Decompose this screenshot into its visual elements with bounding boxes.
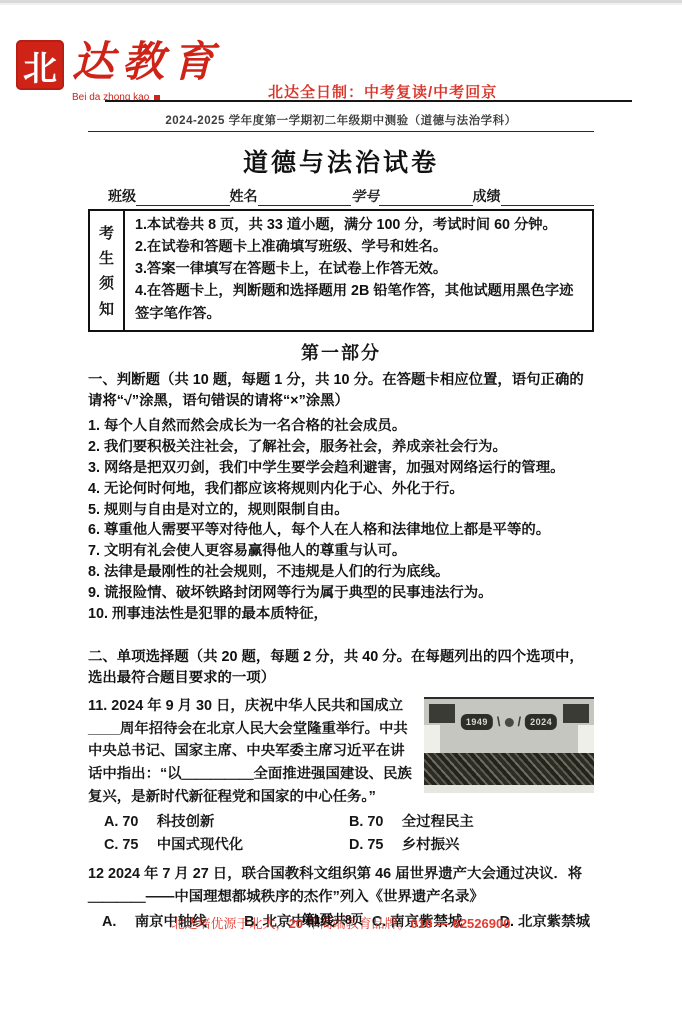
notice-char: 须 xyxy=(99,272,114,293)
seal-logo-icon: 北 xyxy=(16,40,64,90)
field-label-student-id: 学号 xyxy=(351,186,379,206)
photo-anniversary-years: 1949 \ / 2024 xyxy=(461,712,557,733)
notice-char: 生 xyxy=(99,247,114,268)
field-label-score: 成绩 xyxy=(473,186,501,206)
reception-photo: 1949 \ / 2024 xyxy=(424,697,594,793)
footer-dash: — xyxy=(432,916,452,931)
footer-years-bold: 20 xyxy=(289,916,303,931)
question-12-blank-line: ＿＿＿＿——中国理想都城秩序的杰作”列入《世界遗产名录》 xyxy=(88,886,594,909)
exam-paper-page: 北 达教育 Bei da zhong kao 北达全日制：中考复读/中考回京 2… xyxy=(0,0,682,1024)
page-title: 道德与法治试卷 xyxy=(88,143,594,179)
judgement-question-list: 1. 每个人自然而然会成长为一名合格的社会成员。2. 我们要积极关注社会，了解社… xyxy=(88,416,594,625)
judgement-question: 5. 规则与自由是对立的，规则限制自由。 xyxy=(88,500,594,521)
backslash-glyph: \ xyxy=(497,712,501,733)
judgement-question: 10. 刑事违法性是犯罪的最本质特征， xyxy=(88,604,594,625)
judgement-question: 8. 法律是最刚性的社会规则，不违规是人们的行为底线。 xyxy=(88,562,594,583)
judgement-question: 7. 文明有礼会使人更容易赢得他人的尊重与认可。 xyxy=(88,541,594,562)
notice-char: 考 xyxy=(99,222,114,243)
year-1949-label: 1949 xyxy=(461,714,493,730)
field-label-name: 姓名 xyxy=(230,186,258,206)
section1-heading: 一、判断题（共 10 题，每题 1 分，共 10 分。在答题卡相应位置，语句正确… xyxy=(88,370,594,413)
brand-tagline: 北达全日制：中考复读/中考回京 xyxy=(268,81,497,102)
option-d: D. 75 乡村振兴 xyxy=(349,834,594,857)
document-body: 2024-2025 学年度第一学期初二年级期中测验（道德与法治学科） 道德与法治… xyxy=(88,112,594,934)
notice-item: 4.在答题卡上，判断题和选择题用 2B 铅笔作答，其他试题用黑色字迹签字笔作答。 xyxy=(135,280,584,324)
tagline-prefix: 北达全日制：中考复读/ xyxy=(268,84,433,101)
part-one-heading: 第一部分 xyxy=(88,339,594,365)
notice-item: 3.答案一律填写在答题卡上，在试卷上作答无效。 xyxy=(135,258,584,280)
footer-branding: 北达培优源于北大，20 年高端教育品牌。010 — 62526900 第1页 共… xyxy=(0,913,682,932)
notice-item: 1.本试卷共 8 页，共 33 道小题，满分 100 分，考试时间 60 分钟。 xyxy=(135,214,584,236)
judgement-question: 9. 谎报险情、破坏铁路封闭网等行为属于典型的民事违法行为。 xyxy=(88,583,594,604)
question-11-options: A. 70 科技创新 B. 70 全过程民主 C. 75 中国式现代化 D. 7… xyxy=(88,811,594,857)
notice-vertical-label: 考 生 须 知 xyxy=(90,211,125,330)
exam-session-header: 2024-2025 学年度第一学期初二年级期中测验（道德与法治学科） xyxy=(88,112,594,132)
seal-character: 北 xyxy=(23,41,57,90)
score-blank-line xyxy=(501,190,595,206)
photo-dark-block-right xyxy=(563,704,589,723)
notice-items: 1.本试卷共 8 页，共 33 道小题，满分 100 分，考试时间 60 分钟。… xyxy=(125,211,592,330)
class-blank-line xyxy=(136,190,230,206)
brand-logo: 北 达教育 Bei da zhong kao xyxy=(16,40,222,103)
judgement-question: 1. 每个人自然而然会成长为一名合格的社会成员。 xyxy=(88,416,594,437)
option-c: C. 75 中国式现代化 xyxy=(104,834,349,857)
footer-area-code: 010 xyxy=(411,916,433,931)
judgement-question: 2. 我们要积极关注社会，了解社会，服务社会，养成亲社会行为。 xyxy=(88,437,594,458)
header-divider xyxy=(105,100,632,102)
student-info-row: 班级 姓名 学号 成绩 xyxy=(88,186,594,206)
field-label-class: 班级 xyxy=(108,186,136,206)
option-b: B. 70 全过程民主 xyxy=(349,811,594,834)
photo-dark-block-left xyxy=(429,704,455,723)
tagline-suffix: 回京 xyxy=(465,84,497,101)
notice-item: 2.在试卷和答题卡上准确填写班级、学号和姓名。 xyxy=(135,236,584,258)
photo-flower-band xyxy=(424,753,594,785)
judgement-question: 4. 无论何时何地，我们都应该将规则内化于心、外化于行。 xyxy=(88,479,594,500)
footer-phone-number: 62526900 xyxy=(453,916,511,931)
section2-heading: 二、单项选择题（共 20 题，每题 2 分，共 40 分。在每题列出的四个选项中… xyxy=(88,647,594,690)
photo-bottom-strip xyxy=(424,785,594,793)
examinee-notice-box: 考 生 须 知 1.本试卷共 8 页，共 33 道小题，满分 100 分，考试时… xyxy=(88,209,594,332)
question-11-text: 11. 2024 年 9 月 30 日，庆祝中华人民共和国成立____周年招待会… xyxy=(88,698,412,805)
student-id-blank-line xyxy=(379,190,473,206)
name-blank-line xyxy=(258,190,352,206)
judgement-question: 6. 尊重他人需要平等对待他人，每个人在人格和法律地位上都是平等的。 xyxy=(88,520,594,541)
question-12-text: 12 2024 年 7 月 27 日，联合国教科文组织第 46 届世界遗产大会通… xyxy=(88,863,594,886)
logo-calligraphy-text: 达教育 xyxy=(72,40,222,86)
judgement-question: 3. 网络是把双刃剑，我们中学生要学会趋利避害，加强对网络运行的管理。 xyxy=(88,458,594,479)
scan-artifact-top-2 xyxy=(0,3,682,5)
page-number-overlay: 第1页 共8页 xyxy=(302,910,362,929)
national-emblem-icon xyxy=(505,718,514,727)
tagline-bold: 中考 xyxy=(433,84,465,101)
notice-char: 知 xyxy=(99,298,114,319)
year-2024-label: 2024 xyxy=(525,714,557,730)
question-11: 1949 \ / 2024 11. 2024 年 9 月 30 日，庆祝中华人民… xyxy=(88,695,594,857)
slash-glyph: / xyxy=(518,712,522,733)
footer-text-1: 北达培优源于北大， xyxy=(172,916,289,931)
option-a: A. 70 科技创新 xyxy=(104,811,349,834)
